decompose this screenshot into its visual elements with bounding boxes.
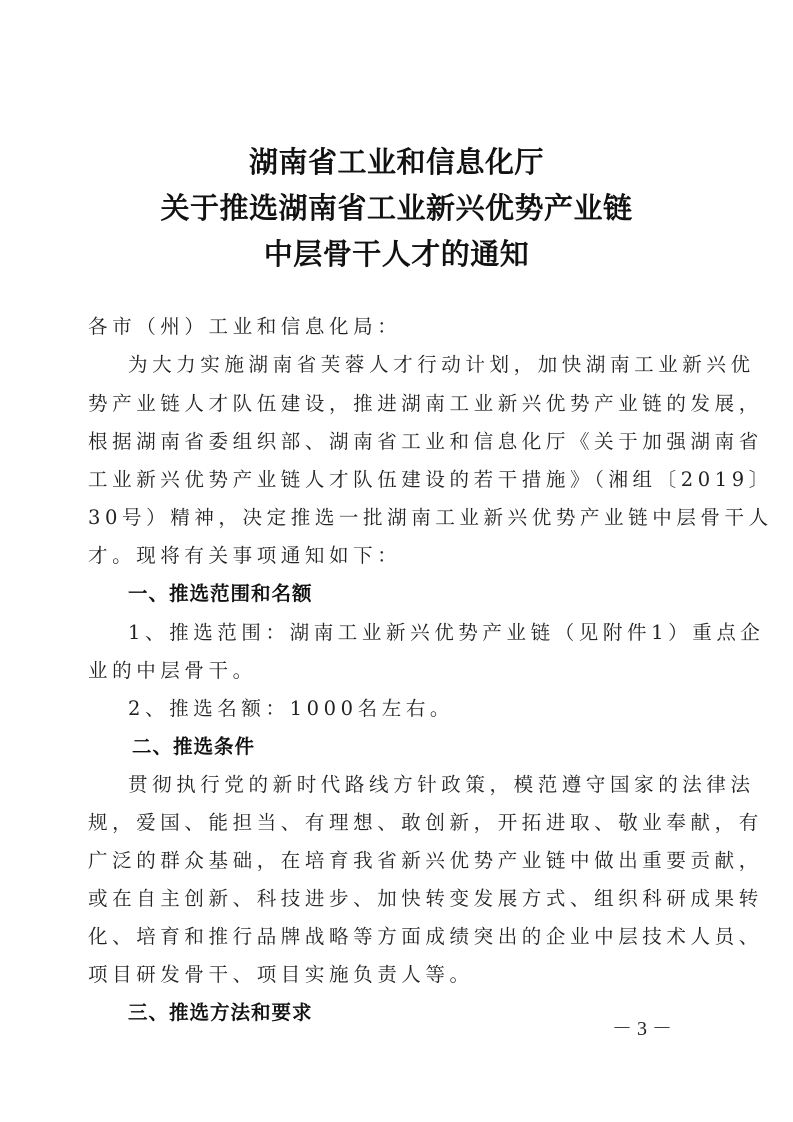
intro-line-4: 工业新兴优势产业链人才队伍建设的若干措施》（湘组〔2019〕 [88, 464, 773, 492]
section-1-line-2: 业的中层骨干。 [88, 655, 257, 683]
intro-line-6: 才。现将有关事项通知如下： [88, 540, 401, 568]
section-2-line-2: 规，爱国、能担当、有理想、敢创新，开拓进取、敬业奉献，有 [88, 807, 763, 835]
title-line-3: 中层骨干人才的通知 [0, 232, 793, 273]
section-2-line-4: 或在自主创新、科技进步、加快转变发展方式、组织科研成果转 [88, 883, 763, 911]
section-2-line-5: 化、培育和推行品牌战略等方面成绩突出的企业中层技术人员、 [88, 921, 763, 949]
section-2-line-3: 广泛的群众基础，在培育我省新兴优势产业链中做出重要贡献， [88, 845, 763, 873]
intro-line-5: 30号）精神，决定推选一批湖南工业新兴优势产业链中层骨干人 [88, 502, 773, 530]
title-line-2: 关于推选湖南省工业新兴优势产业链 [0, 186, 793, 227]
page-number: － 3 － [612, 1012, 672, 1041]
section-2-line-1: 贯彻执行党的新时代路线方针政策，模范遵守国家的法律法 [128, 769, 755, 797]
section-1-line-3: 2、推选名额：1000名左右。 [128, 693, 454, 721]
salutation: 各市（州）工业和信息化局： [88, 311, 401, 339]
section-heading-2: 二、推选条件 [132, 731, 255, 759]
section-heading-3: 三、推选方法和要求 [128, 997, 313, 1025]
section-2-line-6: 项目研发骨干、项目实施负责人等。 [88, 959, 474, 987]
title-line-1: 湖南省工业和信息化厅 [0, 140, 793, 181]
section-1-line-1: 1、推选范围：湖南工业新兴优势产业链（见附件1）重点企 [128, 617, 765, 645]
intro-line-1: 为大力实施湖南省芙蓉人才行动计划，加快湖南工业新兴优 [128, 349, 755, 377]
intro-line-2: 势产业链人才队伍建设，推进湖南工业新兴优势产业链的发展， [88, 388, 763, 416]
section-heading-1: 一、推选范围和名额 [128, 578, 313, 606]
intro-line-3: 根据湖南省委组织部、湖南省工业和信息化厅《关于加强湖南省 [88, 426, 763, 454]
document-page: 湖南省工业和信息化厅 关于推选湖南省工业新兴优势产业链 中层骨干人才的通知 各市… [0, 0, 793, 1122]
